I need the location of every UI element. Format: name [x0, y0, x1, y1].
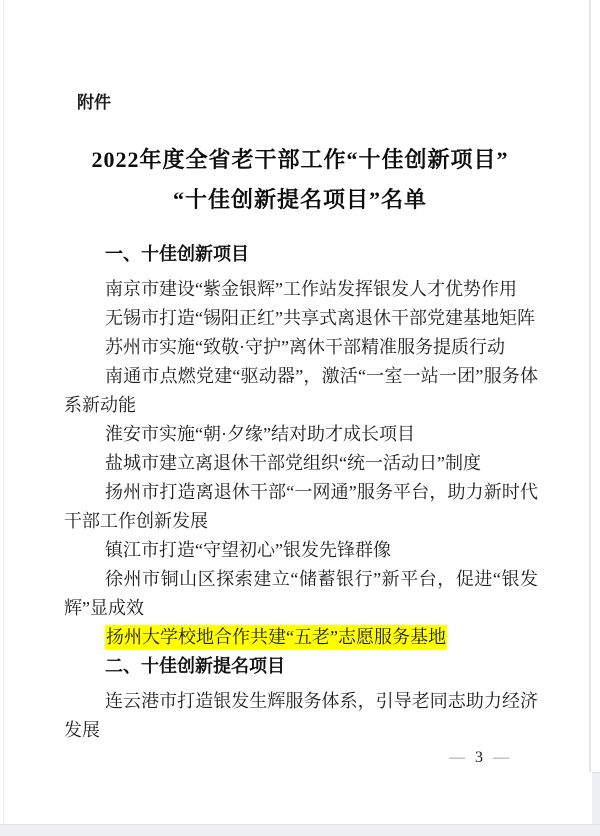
highlighted-text: 扬州大学校地合作共建“五老”志愿服务基地 [105, 625, 447, 650]
attachment-label: 附件 [77, 88, 111, 113]
page-left-edge [3, 0, 4, 824]
document-line: 南通市点燃党建“驱动器”，激活“一室一站一团”服务体 [64, 362, 538, 391]
document-line: 镇江市打造“守望初心”银发先锋群像 [64, 536, 538, 565]
page-number-value: 3 [466, 749, 493, 766]
document-line: 扬州市打造离退休干部“一网通”服务平台，助力新时代老 [64, 478, 538, 507]
page-corner-artifact [592, 772, 600, 825]
document-title-line2: “十佳创新提名项目”名单 [60, 180, 540, 220]
section-heading: 一、十佳创新项目 [64, 240, 538, 269]
document-line: 南京市建设“紫金银辉”工作站发挥银发人才优势作用 [64, 275, 538, 304]
document-line: 淮安市实施“朝·夕缘”结对助才成长项目 [64, 420, 538, 449]
document-title: 2022年度全省老干部工作“十佳创新项目” “十佳创新提名项目”名单 [60, 140, 540, 220]
page-number-right-dash: — [493, 749, 510, 766]
document-title-line1: 2022年度全省老干部工作“十佳创新项目” [60, 140, 540, 180]
page-right-edge [589, 0, 591, 772]
document-line: 发展 [64, 716, 538, 745]
document-line: 辉”显成效 [64, 594, 538, 623]
page-number-left-dash: — [449, 749, 466, 766]
page-number: —3— [449, 749, 510, 767]
document-line: 系新动能 [64, 391, 538, 420]
page-bottom-edge [0, 824, 600, 836]
section-heading: 二、十佳创新提名项目 [64, 652, 538, 681]
document-line: 盐城市建立离退休干部党组织“统一活动日”制度 [64, 449, 538, 478]
document-line: 扬州大学校地合作共建“五老”志愿服务基地 [64, 623, 538, 652]
document-line: 连云港市打造银发生辉服务体系，引导老同志助力经济社会 [64, 687, 538, 716]
document-body: 一、十佳创新项目南京市建设“紫金银辉”工作站发挥银发人才优势作用无锡市打造“锡阳… [64, 240, 538, 745]
document-line: 徐州市铜山区探索建立“储蓄银行”新平台，促进“银发生 [64, 565, 538, 594]
document-line: 干部工作创新发展 [64, 507, 538, 536]
document-line: 无锡市打造“锡阳正红”共享式离退休干部党建基地矩阵 [64, 304, 538, 333]
document-line: 苏州市实施“致敬·守护”离休干部精准服务提质行动 [64, 333, 538, 362]
scanned-document-page: 附件 2022年度全省老干部工作“十佳创新项目” “十佳创新提名项目”名单 一、… [0, 0, 600, 836]
